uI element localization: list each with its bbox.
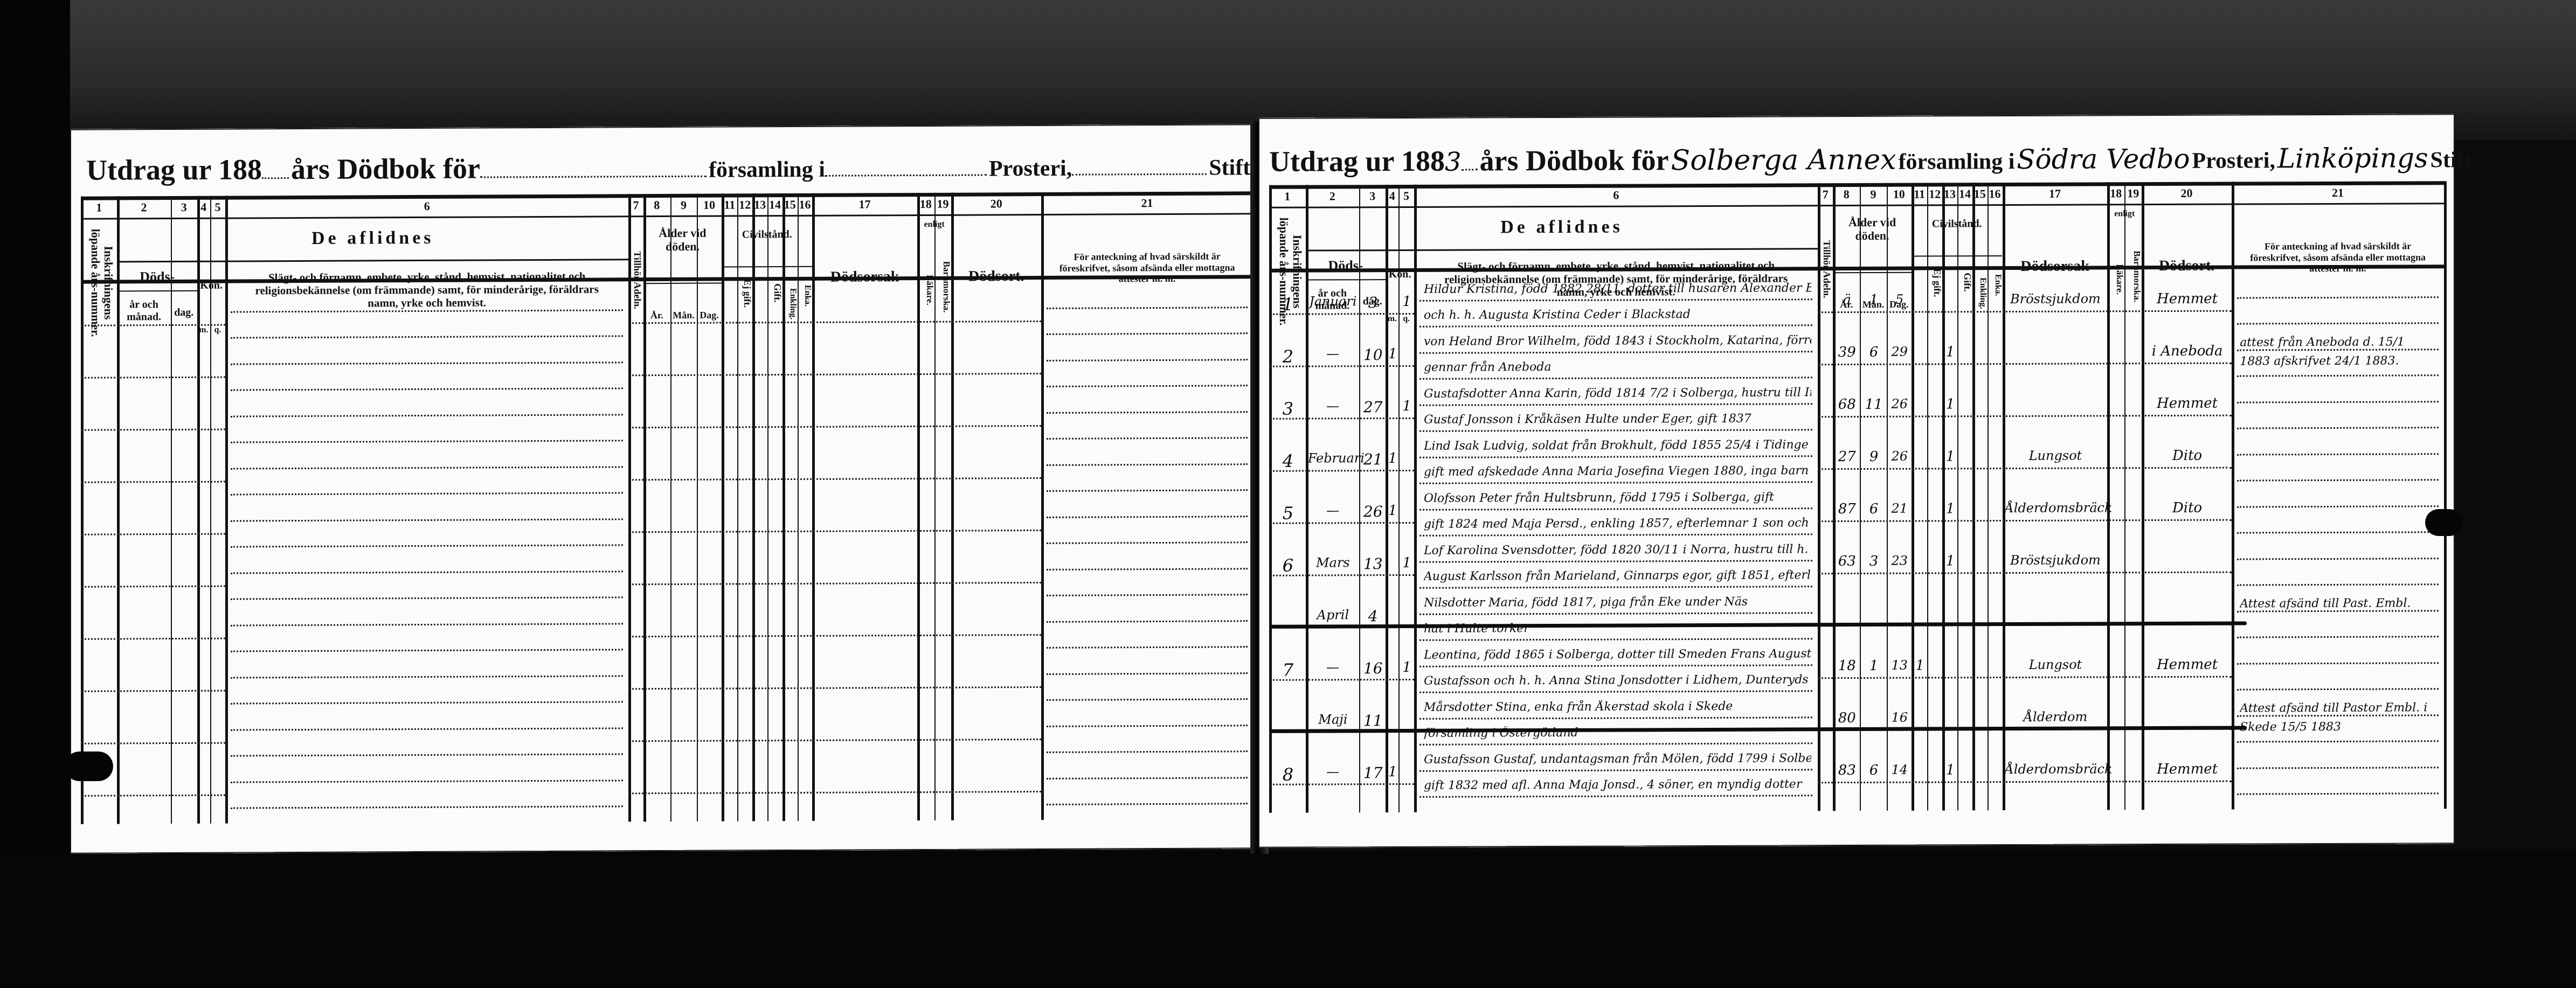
right-page: Utdrag ur 1883 års Dödbok för Solberga A… bbox=[1258, 114, 2455, 848]
header-civilstand: Civilstånd. bbox=[1912, 218, 2003, 231]
header-tillhor-adeln: Tillhör Adeln. bbox=[629, 221, 642, 339]
entry-rule bbox=[1419, 795, 1812, 798]
sex-male: 1 bbox=[1388, 503, 1397, 519]
header-lakare: Läkare. bbox=[2107, 241, 2124, 317]
column-number: 7 bbox=[628, 198, 643, 212]
title-stift-fill: Linköpings bbox=[2277, 142, 2428, 174]
column-number: 5 bbox=[210, 200, 226, 214]
attest-note: attest från Aneboda d. 15/1 1883 afskrif… bbox=[2240, 332, 2436, 371]
entry-line-1: Lof Karolina Svensdotter, född 1820 30/1… bbox=[1424, 542, 1811, 558]
title-prosteri: Prosteri, bbox=[989, 156, 1072, 182]
left-page: Utdrag ur 188 års Dödbok för församling … bbox=[70, 124, 1264, 854]
civil-status: 1 bbox=[1944, 396, 1956, 413]
entry-rule bbox=[1419, 325, 1812, 328]
death-cause: Bröstsjukdom bbox=[2005, 291, 2107, 307]
age-months: 11 bbox=[1862, 396, 1885, 413]
entry-rule bbox=[231, 701, 623, 705]
death-month: Februari bbox=[1308, 450, 1358, 465]
column-divider bbox=[225, 196, 228, 824]
death-cause: Ålderdomsbräck bbox=[2005, 762, 2107, 777]
column-number: 6 bbox=[1414, 187, 1818, 203]
column-number: 8 bbox=[1833, 187, 1860, 201]
note-rule bbox=[1047, 359, 1248, 361]
column-number: 2 bbox=[1306, 189, 1359, 203]
header-enligt: enligt bbox=[917, 220, 952, 230]
age-months: 1 bbox=[1862, 658, 1885, 674]
title-mid: års Dödbok för bbox=[1480, 144, 1669, 177]
sex-male: 1 bbox=[1388, 450, 1397, 467]
aflidnes-sub-rule bbox=[117, 259, 628, 262]
title-prosteri: Prosteri, bbox=[2192, 148, 2275, 173]
header-gift: Gift. bbox=[1942, 261, 1972, 304]
column-divider bbox=[1414, 185, 1417, 812]
header-age-ar: År. bbox=[643, 310, 670, 321]
header-kon-q: q. bbox=[1398, 314, 1414, 324]
entry-line-1: Hildur Kristina, född 1882 28/11, dotter… bbox=[1424, 281, 1811, 296]
note-rule bbox=[2237, 505, 2439, 507]
note-rule bbox=[2237, 453, 2439, 455]
death-month: — bbox=[1308, 764, 1358, 779]
header-anteckning: För anteckning af hvad särskildt är före… bbox=[1049, 251, 1245, 285]
header-inskrifning: Inskrifningens löpande års-nummer. bbox=[84, 226, 115, 339]
column-divider bbox=[951, 193, 954, 820]
column-number: 13 bbox=[1942, 187, 1957, 201]
header-enkling: Enkling. bbox=[1972, 261, 1988, 325]
entry-rule bbox=[231, 806, 623, 809]
entry-number: 1 bbox=[1271, 294, 1305, 315]
record-rule bbox=[81, 742, 225, 745]
title-forsamling: församling i bbox=[709, 157, 825, 183]
civil-status: 1 bbox=[1944, 449, 1956, 465]
age-days: 23 bbox=[1889, 553, 1910, 568]
death-day: 3 bbox=[1361, 294, 1384, 311]
header-slagt: Slägt- och förnamn, embete, yrke, stånd,… bbox=[247, 269, 607, 310]
entry-rule bbox=[231, 675, 623, 678]
column-number: 4 bbox=[197, 200, 210, 214]
entry-rule bbox=[1419, 482, 1812, 485]
entry-rule bbox=[231, 518, 623, 521]
age-days: 29 bbox=[1889, 344, 1910, 359]
note-rule bbox=[2237, 479, 2439, 482]
record-rule bbox=[628, 739, 1041, 742]
header-ej-gift: Ej gift. bbox=[722, 272, 752, 315]
column-number: 16 bbox=[798, 198, 813, 212]
column-number: 14 bbox=[1957, 187, 1972, 201]
header-dods: Döds- bbox=[1306, 258, 1386, 274]
title-prefix: Utdrag ur 188 bbox=[1269, 145, 1445, 178]
note-rule bbox=[1047, 307, 1248, 309]
entry-rule bbox=[1419, 716, 1812, 720]
entry-line-1: Lind Isak Ludvig, soldat från Brokhult, … bbox=[1424, 438, 1811, 453]
entry-rule bbox=[231, 649, 623, 652]
scan-background-bottom bbox=[0, 851, 2576, 988]
header-ar-och-manad: år och månad. bbox=[117, 298, 170, 323]
entry-rule bbox=[231, 492, 623, 496]
death-day: 21 bbox=[1361, 450, 1384, 468]
entry-rule bbox=[1419, 351, 1812, 354]
death-month: — bbox=[1308, 503, 1358, 518]
record-rule bbox=[1818, 572, 2232, 575]
entry-rule bbox=[1419, 664, 1812, 667]
record-rule bbox=[81, 429, 225, 431]
record-rule bbox=[628, 634, 1041, 637]
age-days: 13 bbox=[1889, 658, 1910, 673]
record-rule bbox=[1818, 363, 2232, 366]
column-number: 2 bbox=[117, 200, 170, 214]
death-day: 27 bbox=[1361, 398, 1384, 416]
record-rule bbox=[628, 477, 1041, 481]
header-dodsort: Dödsort. bbox=[951, 268, 1041, 286]
entry-rule bbox=[231, 570, 623, 574]
death-cause: Lungsot bbox=[2005, 657, 2107, 673]
header-de-aflidnes: De aflidnes bbox=[1306, 215, 1818, 238]
entry-rule bbox=[1419, 429, 1812, 433]
column-divider bbox=[81, 197, 84, 824]
age-years: 27 bbox=[1835, 449, 1859, 465]
header-enligt: enligt bbox=[2107, 209, 2142, 219]
note-rule bbox=[1047, 490, 1248, 492]
note-rule bbox=[1047, 333, 1248, 336]
note-rule bbox=[1047, 568, 1248, 570]
right-page-title: Utdrag ur 1883 års Dödbok för Solberga A… bbox=[1269, 140, 2576, 178]
column-number: 8 bbox=[643, 198, 670, 212]
death-day: 4 bbox=[1361, 607, 1384, 625]
civil-status: 1 bbox=[1944, 553, 1956, 569]
entry-line-2: Gustafsson och h. h. Anna Stina Jonsdott… bbox=[1424, 673, 1811, 688]
entry-rule bbox=[1419, 455, 1812, 458]
column-divider bbox=[697, 194, 698, 822]
column-divider bbox=[1269, 185, 1272, 813]
header-age-dag: Dag. bbox=[697, 310, 722, 321]
entry-line-2: gennar från Aneboda bbox=[1424, 360, 1811, 375]
column-number: 13 bbox=[752, 198, 767, 212]
entry-line-2: Gustaf Jonsson i Kråkäsen Hulte under Eg… bbox=[1424, 412, 1811, 427]
alder-sub-rule bbox=[643, 283, 722, 284]
entry-rule bbox=[231, 754, 623, 757]
age-years: ä bbox=[1835, 292, 1859, 308]
binder-clip-left bbox=[65, 752, 113, 781]
column-number: 11 bbox=[722, 198, 737, 212]
entry-rule bbox=[1419, 403, 1812, 406]
binder-clip-right bbox=[2425, 509, 2463, 536]
death-cause: Lungsot bbox=[2005, 448, 2107, 464]
entry-rule bbox=[1419, 534, 1812, 537]
age-months: 3 bbox=[1862, 553, 1885, 569]
column-number: 12 bbox=[1927, 187, 1942, 201]
death-place: Dito bbox=[2144, 448, 2231, 464]
column-number: 19 bbox=[2124, 186, 2142, 200]
record-rule bbox=[1818, 415, 2232, 418]
header-barnmorska: Barnmorska. bbox=[2124, 231, 2142, 322]
entry-line-1: Nilsdotter Maria, född 1817, piga från E… bbox=[1424, 595, 1811, 610]
age-days: 26 bbox=[1889, 449, 1910, 464]
age-months: 9 bbox=[1862, 449, 1885, 465]
column-number: 3 bbox=[1359, 189, 1386, 203]
note-rule bbox=[1047, 411, 1248, 414]
note-rule bbox=[2237, 636, 2439, 638]
note-rule bbox=[1047, 437, 1248, 440]
age-months: 6 bbox=[1862, 762, 1885, 778]
header-gift: Gift. bbox=[752, 272, 783, 315]
column-number: 21 bbox=[1041, 196, 1253, 211]
sex-male: 1 bbox=[1388, 346, 1397, 362]
entry-rule bbox=[1419, 612, 1812, 615]
alder-sub-rule bbox=[1833, 272, 1912, 274]
title-stift: Stift, bbox=[1209, 155, 1256, 180]
record-rule bbox=[628, 373, 1041, 376]
column-number: 21 bbox=[2232, 185, 2444, 200]
note-rule bbox=[2237, 793, 2439, 795]
death-cause: Ålderdom bbox=[2005, 709, 2107, 725]
record-rule bbox=[81, 586, 225, 588]
entry-rule bbox=[1419, 298, 1812, 302]
column-number: 12 bbox=[737, 198, 752, 212]
header-dods: Döds- bbox=[117, 269, 197, 286]
note-rule bbox=[1047, 463, 1248, 466]
entry-rule bbox=[1419, 769, 1812, 772]
entry-rule bbox=[231, 466, 623, 469]
entry-line-2: August Karlsson från Marieland, Ginnarps… bbox=[1424, 569, 1811, 584]
death-cause: Bröstsjukdom bbox=[2005, 553, 2107, 568]
age-years: 80 bbox=[1835, 710, 1859, 726]
age-years: 68 bbox=[1835, 396, 1859, 413]
entry-rule bbox=[1419, 743, 1812, 746]
title-prefix: Utdrag ur 188 bbox=[86, 153, 262, 186]
entry-rule bbox=[1419, 560, 1812, 563]
entry-number: 8 bbox=[1271, 764, 1305, 785]
column-number: 20 bbox=[951, 197, 1041, 211]
record-rule bbox=[1818, 310, 2232, 314]
entry-rule bbox=[231, 440, 623, 443]
death-cause: Ålderdomsbräck bbox=[2005, 500, 2107, 516]
record-rule bbox=[81, 533, 225, 535]
column-number: 4 bbox=[1386, 189, 1398, 203]
column-number: 19 bbox=[934, 197, 952, 211]
death-month: Maji bbox=[1308, 712, 1358, 727]
record-rule bbox=[628, 321, 1041, 324]
death-day: 26 bbox=[1361, 503, 1384, 520]
column-number: 16 bbox=[1988, 187, 2003, 201]
record-rule bbox=[81, 690, 225, 692]
entry-number: 6 bbox=[1271, 555, 1305, 576]
entry-rule bbox=[231, 336, 623, 339]
attest-note: Attest afsänd till Past. Embl. bbox=[2240, 594, 2436, 613]
note-rule bbox=[1047, 751, 1248, 754]
header-kon-m: m. bbox=[197, 325, 210, 335]
age-years: 83 bbox=[1835, 762, 1859, 778]
age-days: 14 bbox=[1889, 762, 1910, 777]
death-day: 13 bbox=[1361, 555, 1384, 573]
note-rule bbox=[1047, 620, 1248, 623]
column-number: 17 bbox=[2003, 186, 2108, 201]
entry-line-1: Gustafsson Gustaf, undantagsman från Möl… bbox=[1424, 752, 1811, 767]
column-divider bbox=[1041, 192, 1044, 820]
attest-note: Attest afsänd till Pastor Embl. i Skede … bbox=[2240, 698, 2436, 737]
age-days: 5 bbox=[1889, 292, 1910, 307]
dods-sub-rule bbox=[117, 290, 197, 292]
note-rule bbox=[1047, 646, 1248, 649]
age-years: 18 bbox=[1835, 658, 1859, 674]
entry-rule bbox=[1419, 586, 1812, 589]
age-days: 26 bbox=[1889, 396, 1910, 412]
entry-line-1: von Heland Bror Wilhelm, född 1843 i Sto… bbox=[1424, 333, 1811, 349]
entry-rule bbox=[231, 545, 623, 548]
death-day: 10 bbox=[1361, 346, 1384, 364]
record-rule bbox=[1818, 519, 2232, 523]
record-rule bbox=[628, 530, 1041, 533]
note-rule bbox=[1047, 594, 1248, 597]
death-place: i Aneboda bbox=[2144, 343, 2231, 360]
dods-sub-rule bbox=[1306, 279, 1386, 281]
civil-status: 1 bbox=[1944, 344, 1956, 360]
column-number: 7 bbox=[1818, 187, 1833, 201]
title-forsamling: församling i bbox=[1899, 149, 2015, 175]
header-ej-gift: Ej gift. bbox=[1912, 261, 1942, 304]
header-tillhor-adeln: Tillhör Adeln. bbox=[1819, 210, 1832, 329]
column-number: 3 bbox=[171, 200, 197, 214]
civil-status: 1 bbox=[1944, 501, 1956, 517]
scan-background-left bbox=[0, 0, 70, 988]
column-number: 10 bbox=[1887, 187, 1912, 201]
record-rule bbox=[1818, 781, 2232, 784]
column-number: 20 bbox=[2142, 186, 2232, 201]
death-month: — bbox=[1308, 346, 1358, 361]
death-day: 11 bbox=[1361, 712, 1384, 729]
record-rule bbox=[628, 582, 1041, 585]
sex-female: 1 bbox=[1401, 398, 1413, 414]
entry-rule bbox=[231, 361, 623, 365]
column-number: 9 bbox=[670, 198, 697, 212]
header-enkling: Enkling. bbox=[783, 272, 798, 336]
record-rule bbox=[1818, 467, 2232, 470]
death-month: — bbox=[1308, 398, 1358, 413]
civil-sub-rule bbox=[1912, 255, 2003, 257]
note-rule bbox=[2237, 662, 2439, 664]
title-parish-fill: Solberga Annex bbox=[1671, 144, 1896, 177]
column-divider bbox=[1860, 183, 1861, 811]
note-rule bbox=[2237, 558, 2439, 560]
column-number: 14 bbox=[767, 198, 783, 212]
header-dodsorsak: Dödsorsak bbox=[812, 268, 917, 286]
note-rule bbox=[2237, 584, 2439, 586]
record-rule bbox=[81, 795, 225, 797]
entry-line-1: Leontina, född 1865 i Solberga, dotter t… bbox=[1424, 647, 1811, 662]
note-rule bbox=[1047, 777, 1248, 780]
age-years: 87 bbox=[1835, 501, 1859, 517]
entry-line-2: gift 1824 med Maja Persd., enkling 1857,… bbox=[1424, 517, 1811, 532]
note-rule bbox=[1047, 803, 1248, 806]
column-number: 15 bbox=[1972, 187, 1988, 201]
column-divider bbox=[2444, 181, 2447, 809]
entry-number: 3 bbox=[1271, 399, 1305, 419]
column-divider bbox=[670, 194, 671, 822]
header-kon-m: m. bbox=[1386, 314, 1398, 324]
entry-line-2: gift 1832 med afl. Anna Maja Jonsd., 4 s… bbox=[1424, 778, 1811, 793]
column-number: 18 bbox=[2107, 186, 2124, 200]
entry-line-1: Olofsson Peter från Hultsbrunn, född 179… bbox=[1424, 490, 1811, 505]
note-rule bbox=[1047, 672, 1248, 675]
record-rule bbox=[628, 425, 1041, 428]
header-alder: Ålder vid döden. bbox=[1833, 215, 1912, 243]
death-day: 17 bbox=[1361, 764, 1384, 782]
age-days: 16 bbox=[1889, 710, 1910, 725]
note-rule bbox=[2237, 532, 2439, 534]
column-number: 5 bbox=[1398, 189, 1414, 203]
note-rule bbox=[2237, 323, 2439, 325]
header-enka: Enka. bbox=[798, 272, 813, 320]
death-place: Dito bbox=[2144, 500, 2231, 517]
entry-rule bbox=[1419, 691, 1812, 694]
death-month: Mars bbox=[1308, 555, 1358, 570]
note-rule bbox=[1047, 516, 1248, 518]
note-rule bbox=[2237, 741, 2439, 743]
note-rule bbox=[2237, 688, 2439, 691]
column-number: 10 bbox=[697, 198, 722, 212]
note-rule bbox=[1047, 385, 1248, 388]
civil-sub-rule bbox=[722, 266, 812, 268]
column-number: 1 bbox=[1269, 190, 1306, 204]
header-de-aflidnes: De aflidnes bbox=[117, 226, 628, 249]
note-rule bbox=[1047, 725, 1248, 727]
death-place: Hemmet bbox=[2144, 761, 2231, 778]
death-month: April bbox=[1308, 607, 1358, 622]
header-enka: Enka. bbox=[1988, 261, 2003, 309]
age-months: 6 bbox=[1862, 501, 1885, 517]
entry-rule bbox=[1419, 507, 1812, 511]
death-month: Januari bbox=[1308, 294, 1358, 309]
sex-female: 1 bbox=[1401, 555, 1413, 571]
title-year-fill: 3 bbox=[1445, 147, 1462, 177]
column-divider bbox=[812, 193, 815, 821]
record-rule bbox=[81, 638, 225, 640]
entry-line-2: och h. h. Augusta Kristina Ceder i Black… bbox=[1424, 308, 1811, 323]
header-dodsort: Dödsort. bbox=[2142, 258, 2232, 275]
header-barnmorska: Barnmorska. bbox=[934, 241, 952, 333]
entry-rule bbox=[1419, 638, 1812, 642]
col-number-row-rule bbox=[1269, 203, 2444, 208]
note-rule bbox=[2237, 767, 2439, 769]
entry-number: 2 bbox=[1271, 346, 1305, 367]
civil-status: 1 bbox=[1944, 762, 1956, 778]
sex-female: 1 bbox=[1401, 659, 1413, 676]
age-days: 21 bbox=[1889, 501, 1910, 516]
age-months: 6 bbox=[1862, 344, 1885, 360]
title-mid: års Dödbok för bbox=[291, 152, 480, 186]
age-months: 1 bbox=[1862, 292, 1885, 308]
record-rule bbox=[1818, 676, 2232, 679]
header-alder: Ålder vid döden. bbox=[643, 226, 722, 254]
column-number: 18 bbox=[917, 197, 934, 211]
entry-rule bbox=[231, 597, 623, 600]
column-number: 6 bbox=[225, 198, 628, 214]
sex-female: 1 bbox=[1401, 294, 1413, 310]
column-number: 9 bbox=[1860, 187, 1886, 201]
note-rule bbox=[2237, 296, 2439, 298]
death-place: Hemmet bbox=[2144, 395, 2231, 412]
column-number: 15 bbox=[783, 198, 798, 212]
header-kon-q: q. bbox=[210, 325, 226, 336]
entry-line-2: gift med afskedade Anna Maria Josefina V… bbox=[1424, 464, 1811, 479]
record-rule bbox=[81, 481, 225, 483]
header-kon: Kön. bbox=[1386, 268, 1414, 281]
header-anteckning: För anteckning af hvad särskildt är före… bbox=[2240, 240, 2436, 274]
aflidnes-sub-rule bbox=[1306, 248, 1818, 251]
record-rule bbox=[628, 686, 1041, 690]
age-years: 39 bbox=[1835, 344, 1859, 360]
entry-rule bbox=[231, 727, 623, 730]
header-dodsorsak: Dödsorsak bbox=[2003, 258, 2108, 275]
note-rule bbox=[1047, 699, 1248, 701]
